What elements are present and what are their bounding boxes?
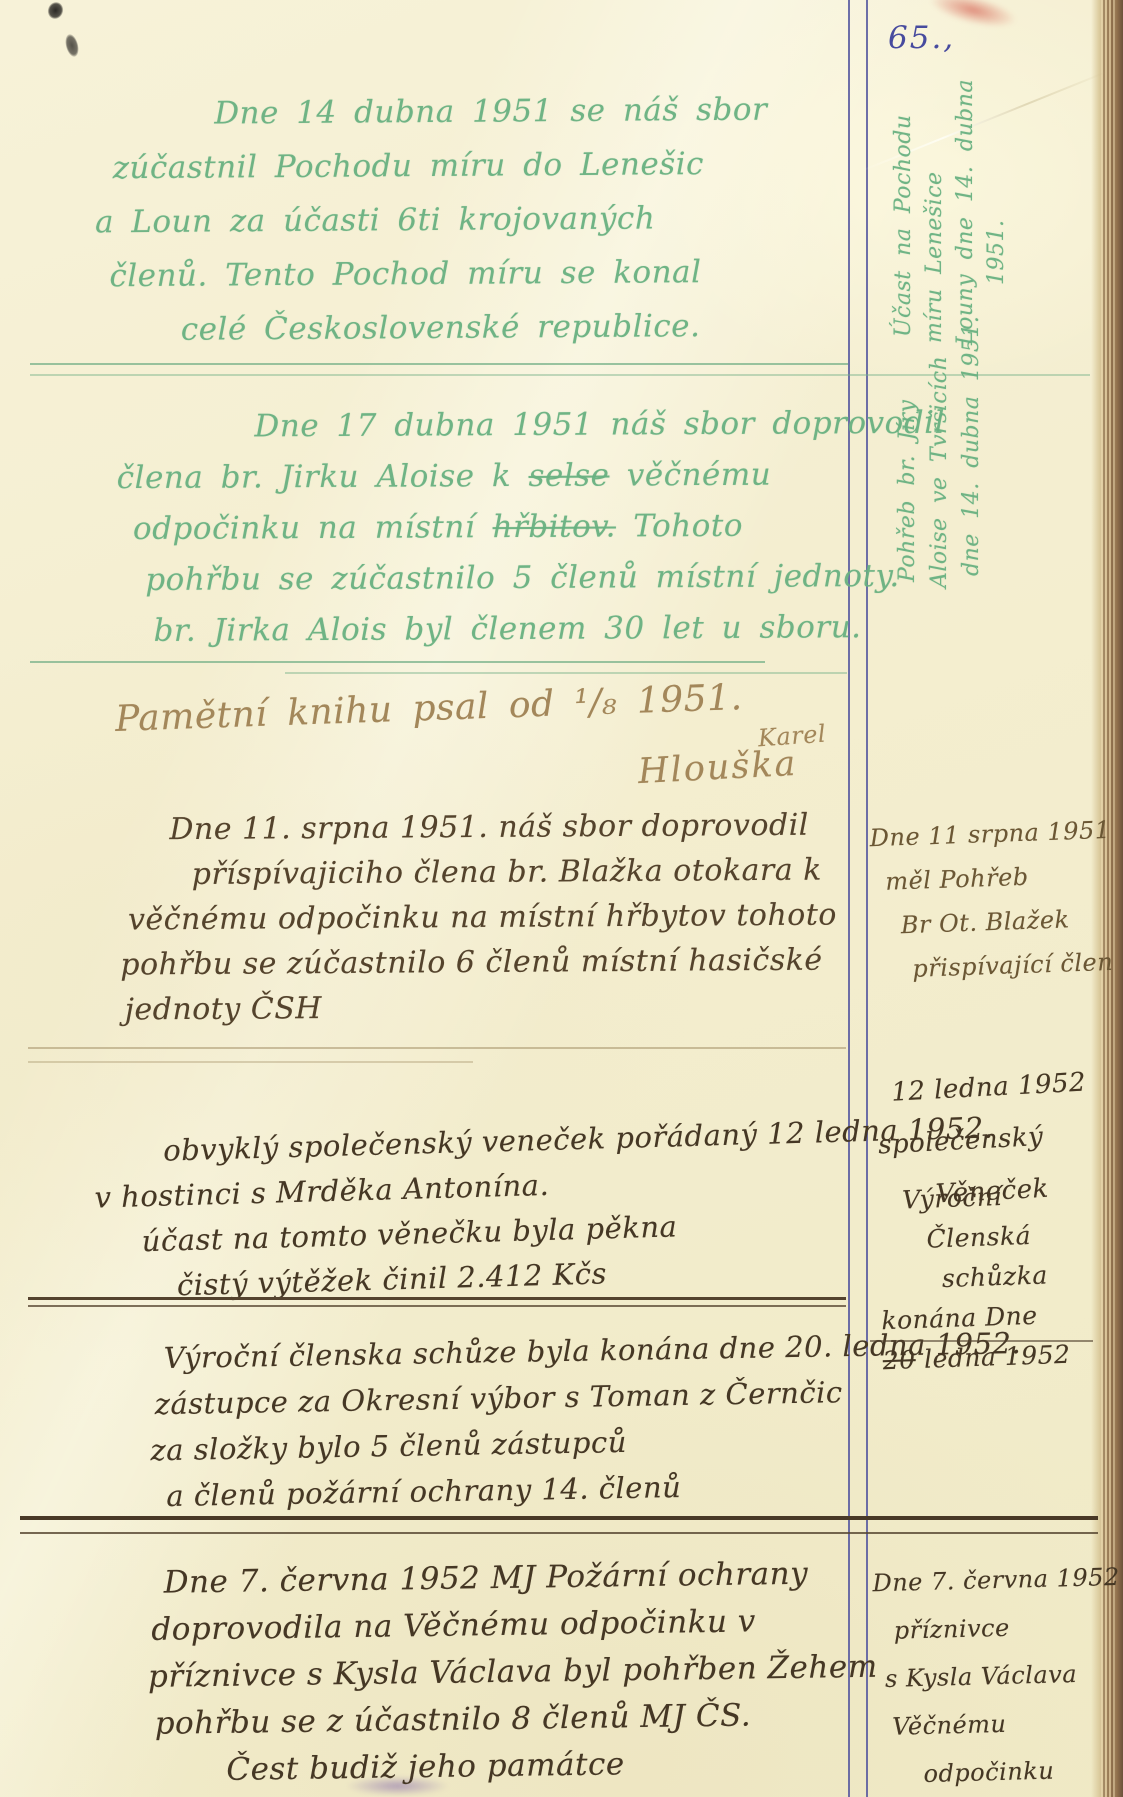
- margin-note-line: odpočinku: [923, 1745, 1123, 1797]
- margin-note-line: míru Lenešice: [919, 87, 950, 343]
- divider-line: [285, 672, 847, 674]
- entry-line: členů. Tento Pochod míru se konal: [109, 245, 768, 304]
- divider-line: [30, 661, 765, 663]
- struck-word: 20: [882, 1345, 916, 1375]
- entry-line: zúčastnil Pochodu míru do Lenešic: [112, 137, 767, 196]
- divider-line: [20, 1532, 1098, 1534]
- ink-speck: [46, 0, 66, 21]
- margin-note-line: měl Pohřeb: [885, 852, 1113, 904]
- margin-note-line: 12 ledna 1952: [890, 1057, 1087, 1119]
- divider-line: [20, 1516, 1098, 1520]
- scribe-line: Pamětní knihu psal od ¹/₈ 1951.: [114, 677, 743, 740]
- entry-pochod-miru: Dne 14 dubna 1951 se náš sbor zúčastnil …: [94, 83, 769, 358]
- struck-word: selse: [528, 458, 609, 494]
- margin-ruled-line-inner: [866, 0, 868, 1797]
- entry-line: odpočinku na místní hřbitov. Tohoto: [133, 500, 946, 555]
- entry-line: Dne 11. srpna 1951. náš sbor doprovodil: [169, 803, 836, 853]
- entry-text: člena br. Jirku Aloise k: [117, 458, 529, 496]
- margin-note-line: příznivce: [893, 1601, 1121, 1655]
- entry-venecek: obvyklý společenský veneček pořádaný 12 …: [93, 1105, 998, 1310]
- margin-note-blazek: Dne 11 srpna 1951 měl Pohřeb Br Ot. Blaž…: [869, 808, 1116, 992]
- entry-line: br. Jirka Alois byl členem 30 let u sbor…: [153, 602, 946, 657]
- struck-word: hřbitov.: [492, 508, 616, 545]
- margin-note-text: ledna 1952: [915, 1340, 1071, 1374]
- entry-pohreb-kysla: Dne 7. června 1952 MJ Požární ochrany do…: [118, 1550, 879, 1796]
- entry-line: Čest budiž jeho památce: [226, 1738, 879, 1794]
- entry-line: a Loun za účasti 6ti krojovaných: [95, 191, 768, 250]
- margin-note-line: 1951.: [981, 87, 1012, 285]
- margin-ruled-line-outer: [848, 0, 850, 1797]
- entry-line: věčnému odpočinku na místní hřbytov toho…: [128, 892, 837, 942]
- entry-text: věčnému: [609, 457, 771, 494]
- entry-line: Dne 17 dubna 1951 náš sbor doprovodil: [254, 398, 945, 453]
- margin-note-pohreb-jirka: Pohřeb br. Jíry Aloise ve Tvršicích dne …: [892, 383, 988, 588]
- page-number: 65.,: [888, 20, 955, 56]
- entry-text: odpočinku na místní: [133, 509, 493, 547]
- margin-note-pochod-miru: Účast na Pochodu míru Lenešice Louny dne…: [888, 87, 1012, 345]
- margin-note-line: Louny dne 14. dubna: [950, 87, 981, 345]
- entry-text: Tohoto: [616, 508, 743, 545]
- margin-note-line: konána Dne: [881, 1295, 1070, 1342]
- margin-note-line: Dne 7. června 1952: [872, 1553, 1120, 1607]
- margin-note-line: schůzka: [941, 1255, 1068, 1299]
- margin-note-line: Pohřeb br. Jíry: [892, 383, 924, 582]
- margin-note-vyrocni: Výroční Členská schůzka konána Dne 20 le…: [877, 1175, 1072, 1381]
- margin-note-line: Účast na Pochodu: [888, 87, 919, 337]
- entry-line: jednoty ČSH: [124, 982, 837, 1032]
- margin-note-line: přispívající člen: [912, 940, 1116, 991]
- divider-line: [28, 1047, 846, 1049]
- divider-line: [28, 1061, 473, 1063]
- entry-pohreb-jirka: Dne 17 dubna 1951 náš sbor doprovodil čl…: [94, 398, 946, 657]
- margin-note-line: Aloise ve Tvršicích: [924, 383, 956, 588]
- divider-line: [28, 1297, 846, 1300]
- entry-line: Dne 7. června 1952 MJ Požární ochrany: [163, 1550, 876, 1607]
- divider-line: [28, 1305, 846, 1307]
- entry-line: pohřbu se zúčastnilo 6 členů místní hasi…: [120, 937, 837, 987]
- margin-note-line: Věčnému: [892, 1697, 1123, 1751]
- ink-speck: [63, 33, 81, 58]
- entry-line: celé Československé republice.: [181, 299, 769, 357]
- entry-line: pohřbu se zúčastnilo 5 členů místní jedn…: [145, 551, 946, 606]
- margin-note-line: s Kysla Václava: [884, 1649, 1122, 1703]
- entry-line: Dne 14 dubna 1951 se náš sbor: [214, 83, 767, 141]
- margin-note-line: Br Ot. Blažek: [900, 896, 1114, 947]
- divider-line: [870, 1340, 1093, 1342]
- margin-note-line: Členská: [926, 1215, 1067, 1260]
- chronicle-page-scan: 65., Dne 14 dubna 1951 se náš sbor zúčas…: [0, 0, 1123, 1797]
- entry-line: příspívajiciho člena br. Blažka otokara …: [192, 847, 837, 897]
- divider-line: [30, 363, 848, 365]
- margin-note-line: Výroční: [902, 1175, 1066, 1221]
- margin-note-line: dne 14. dubna 1951.: [956, 383, 988, 576]
- margin-note-kysla: Dne 7. června 1952 příznivce s Kysla Vác…: [872, 1553, 1123, 1797]
- margin-note-line: Dne 11 srpna 1951: [869, 808, 1111, 860]
- scribe-surname: Hlouška: [637, 744, 798, 792]
- entry-line: člena br. Jirku Aloise k selse věčnému: [117, 449, 946, 504]
- entry-pohreb-blazek: Dne 11. srpna 1951. náš sbor doprovodil …: [119, 803, 837, 1033]
